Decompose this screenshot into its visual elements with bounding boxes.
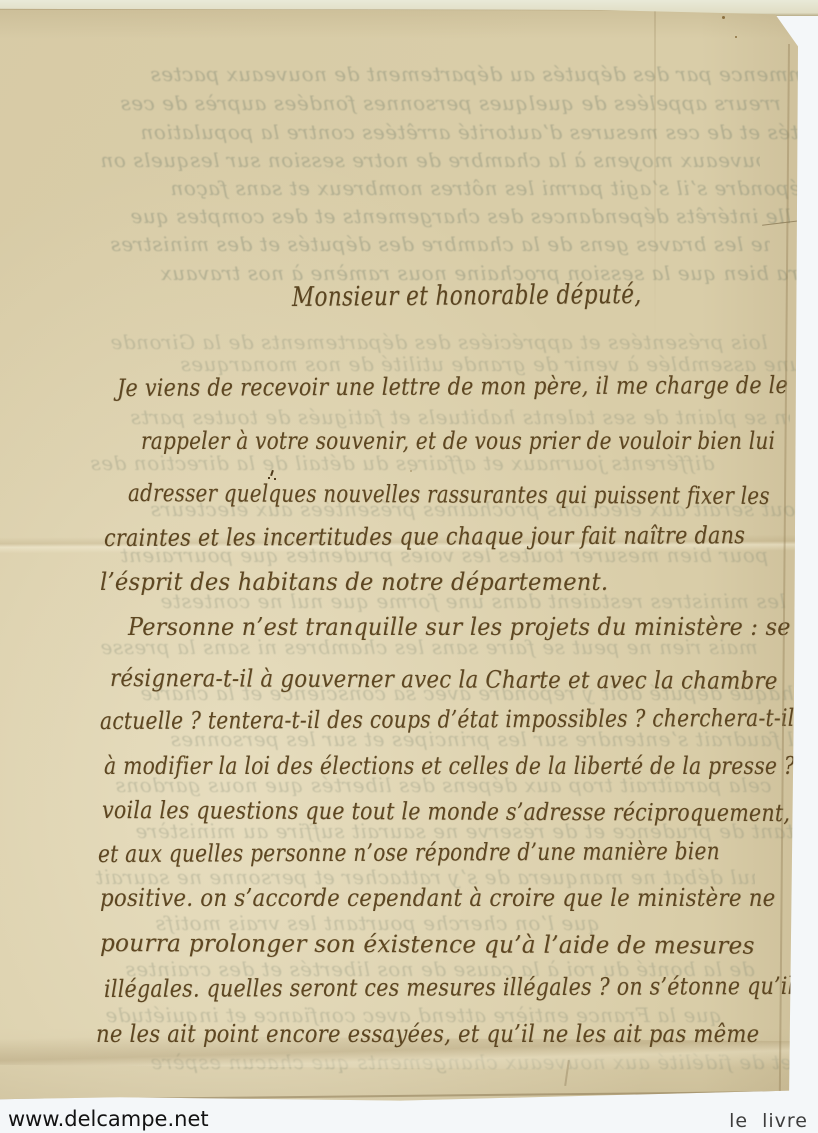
handwritten-text: Monsieur et honorable député, Je viens d… (0, 0, 818, 1105)
handwritten-line: Personne n’est tranquille sur les projet… (128, 613, 791, 641)
le-livre-watermark: le livre (729, 1110, 808, 1132)
handwritten-line: résignera-t-il à gouverner avec la Chart… (110, 664, 778, 695)
delcampe-watermark: www.delcampe.net (8, 1107, 209, 1131)
handwritten-line: pourra prolonger son éxistence qu’à l’ai… (100, 929, 755, 960)
handwritten-line: et aux quelles personne n’ose répondre d… (98, 837, 720, 868)
handwritten-line: rappeler à votre souvenir, et de vous pr… (141, 427, 775, 455)
handwritten-line: à modifier la loi des élections et celle… (104, 752, 795, 780)
handwritten-line: positive. on s’accorde cependant à croir… (100, 884, 776, 912)
handwritten-line: actuelle ? tentera-t-il des coups d’état… (100, 704, 794, 735)
handwritten-line: craintes et les incertitudes que chaque … (104, 521, 745, 552)
handwritten-line: voila les questions que tout le monde s’… (102, 796, 790, 827)
handwritten-line: adresser quelques nouvelles rassurantes … (128, 479, 770, 510)
handwritten-line: l’ésprit des habitans de notre départeme… (100, 568, 608, 596)
handwritten-line: ne les ait point encore essayées, et qu’… (96, 1020, 759, 1048)
handwritten-line: illégales. quelles seront ces mesures il… (104, 972, 795, 1003)
handwritten-line: Je viens de recevoir une lettre de mon p… (117, 371, 788, 402)
letter-paper: Tout commence par des députés au départe… (0, 0, 798, 1105)
salutation: Monsieur et honorable député, (292, 279, 642, 313)
